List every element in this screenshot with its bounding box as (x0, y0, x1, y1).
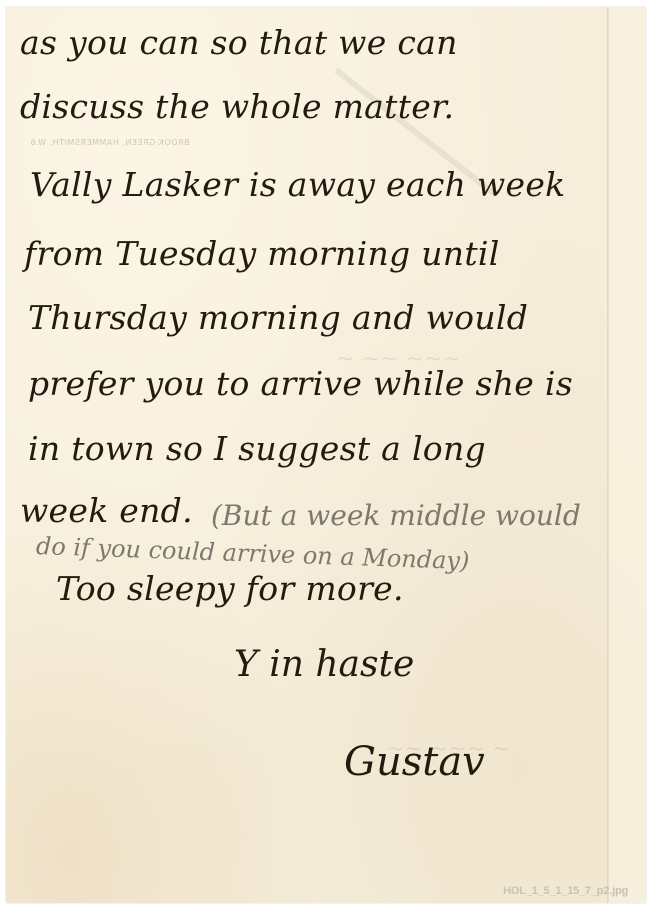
pencil-note-line-1: (But a week middle would (211, 502, 581, 530)
letter-line-3: Vally Lasker is away each week (30, 168, 565, 201)
closing-line: Too sleepy for more. (56, 572, 404, 605)
paper-fold-strip (609, 7, 646, 903)
letter-line-6: prefer you to arrive while she is (28, 367, 573, 400)
pencil-note-line-2: do if you could arrive on a Monday) (36, 534, 470, 573)
letter-page: BROOK-GREEN, HAMMERSMITH, W.6 ~ ~~ ~~~ ~… (6, 7, 646, 903)
signature: Gustav (344, 742, 485, 782)
letter-line-4: from Tuesday morning until (24, 237, 500, 270)
letter-line-5: Thursday morning and would (28, 301, 528, 334)
filename-watermark: HOL_1_5_1_15_7_p2.jpg (503, 885, 628, 897)
letter-line-1: as you can so that we can (20, 26, 458, 59)
letter-line-2: discuss the whole matter. (20, 90, 454, 123)
letter-line-8: week end. (20, 494, 193, 527)
letterhead-showthrough: BROOK-GREEN, HAMMERSMITH, W.6 (30, 138, 190, 147)
valediction: Y in haste (234, 647, 414, 683)
fold-line (607, 7, 609, 903)
letter-line-7: in town so I suggest a long (28, 432, 486, 465)
